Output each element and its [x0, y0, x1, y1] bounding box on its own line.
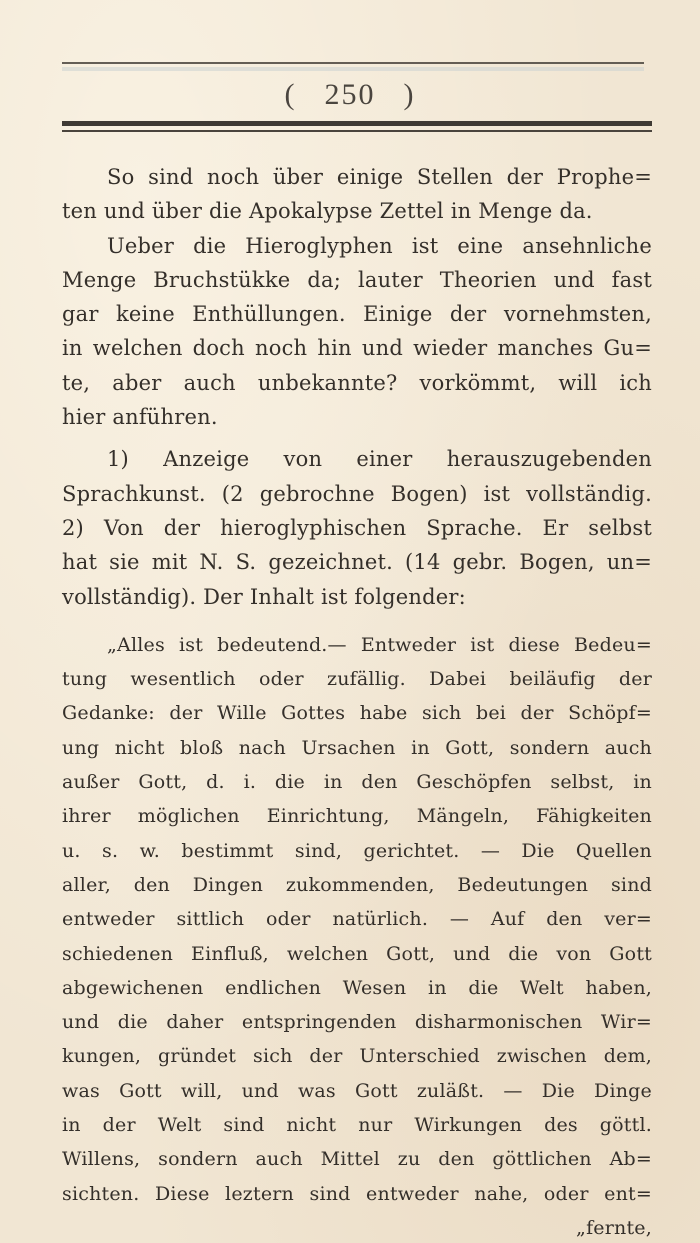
quoted-paragraph: „Alles ist bedeutend.— Entweder ist dies…	[62, 628, 652, 1243]
text-line: Menge Bruchstükke da; lauter Theorien un…	[62, 263, 652, 297]
page-number-value: 250	[325, 78, 376, 111]
text-line: So sind noch über einige Stellen der Pro…	[62, 160, 652, 194]
text-line: entweder sittlich oder natürlich. — Auf …	[62, 902, 652, 936]
catchword: „fernte,	[62, 1211, 652, 1243]
text-line: 2) Von der hieroglyphischen Sprache. Er …	[62, 511, 652, 545]
text-line: hat sie mit N. S. gezeichnet. (14 gebr. …	[62, 545, 652, 579]
book-page: (250) So sind noch über einige Stellen d…	[0, 0, 700, 1243]
text-line: ihrer möglichen Einrichtung, Mängeln, Fä…	[62, 799, 652, 833]
text-line: te, aber auch unbekannte? vorkömmt, will…	[62, 366, 652, 400]
text-line: und die daher entspringenden disharmonis…	[62, 1005, 652, 1039]
text-line: Willens, sondern auch Mittel zu den gött…	[62, 1142, 652, 1176]
paragraph-1: So sind noch über einige Stellen der Pro…	[62, 160, 652, 229]
page-number-close-paren: )	[376, 78, 444, 111]
text-line: was Gott will, und was Gott zuläßt. — Di…	[62, 1074, 652, 1108]
paragraph-2: Ueber die Hieroglyphen ist eine ansehnli…	[62, 229, 652, 435]
top-rule	[62, 62, 644, 64]
text-line: aller, den Dingen zukommenden, Bedeutung…	[62, 868, 652, 902]
header-rule-thick	[62, 121, 652, 126]
text-line: gar keine Enthüllungen. Einige der vorne…	[62, 297, 652, 331]
text-line: ten und über die Apokalypse Zettel in Me…	[62, 194, 652, 228]
text-line: 1) Anzeige von einer herauszugebenden	[62, 442, 652, 476]
text-line: ung nicht bloß nach Ursachen in Gott, so…	[62, 731, 652, 765]
text-line: Ueber die Hieroglyphen ist eine ansehnli…	[62, 229, 652, 263]
page-number-open-paren: (	[257, 78, 325, 111]
body-text: So sind noch über einige Stellen der Pro…	[62, 160, 652, 1243]
text-line: tung wesentlich oder zufällig. Dabei bei…	[62, 662, 652, 696]
text-line: u. s. w. bestimmt sind, gerichtet. — Die…	[62, 834, 652, 868]
text-line: abgewichenen endlichen Wesen in die Welt…	[62, 971, 652, 1005]
text-line: in welchen doch noch hin und wieder manc…	[62, 331, 652, 365]
text-line: Gedanke: der Wille Gottes habe sich bei …	[62, 696, 652, 730]
text-line: Sprachkunst. (2 gebrochne Bogen) ist vol…	[62, 477, 652, 511]
text-line: außer Gott, d. i. die in den Geschöpfen …	[62, 765, 652, 799]
text-line: kungen, gründet sich der Unterschied zwi…	[62, 1039, 652, 1073]
text-line: hier anführen.	[62, 400, 652, 434]
page-number: (250)	[0, 78, 700, 112]
text-line: „Alles ist bedeutend.— Entweder ist dies…	[62, 628, 652, 662]
text-line: vollständig). Der Inhalt ist folgender:	[62, 580, 652, 614]
top-rule-bleed	[62, 67, 644, 71]
text-line: in der Welt sind nicht nur Wirkungen des…	[62, 1108, 652, 1142]
paragraph-3: 1) Anzeige von einer herauszugebenden Sp…	[62, 442, 652, 613]
text-line: sichten. Diese leztern sind entweder nah…	[62, 1177, 652, 1211]
text-line: schiedenen Einfluß, welchen Gott, und di…	[62, 937, 652, 971]
header-rule-thin	[62, 130, 652, 132]
